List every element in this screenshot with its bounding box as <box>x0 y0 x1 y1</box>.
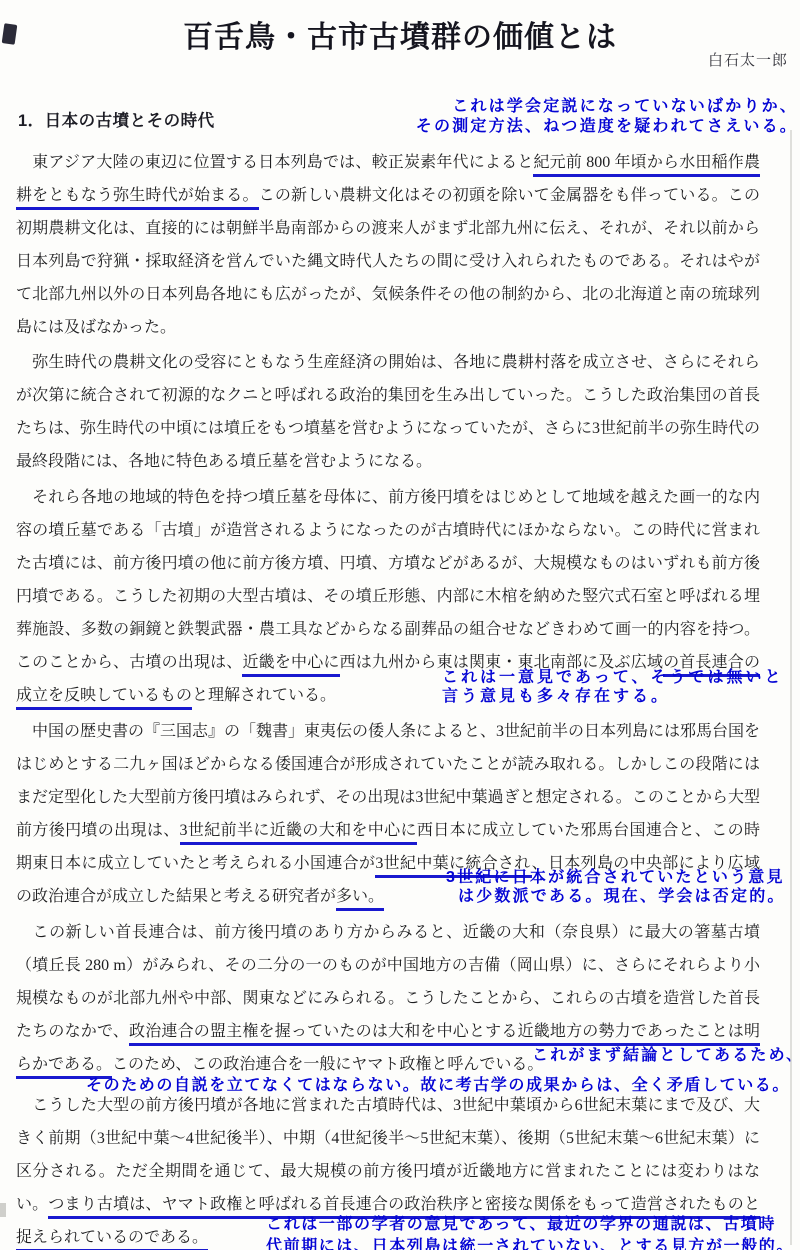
underlined-phrase: 多い。 <box>336 888 384 911</box>
author-name: 白石太一郎 <box>708 49 788 70</box>
annotation-minority-view-critique: 3世紀に日本が統合されていたという意見 は少数派である。現在、学会は否定的。 <box>446 868 786 906</box>
annotation-line: 代前期には、日本列島は統一されていない、とする見方が一般的。 <box>266 1236 794 1250</box>
annotation-line: これは一意見であって、そうでは無いと <box>442 668 784 687</box>
document-title: 百舌鳥・古市古墳群の価値とは <box>0 12 800 56</box>
body-text: と理解されている。 <box>192 687 336 704</box>
annotation-conclusion-first-critique-line2: そのための自説を立てなくてはならない。故に考古学の成果からは、全く矛盾している。 <box>86 1076 790 1095</box>
scanned-document-page: 百舌鳥・古市古墳群の価値とは 白石太一郎 これは学会定説になっていないばかりか、… <box>0 0 800 1250</box>
body-text: 弥生時代の農耕文化の受容にともなう生産経済の開始は、各地に農耕村落を成立させ、さ… <box>16 354 760 470</box>
scan-artifact-top-left <box>2 23 18 45</box>
section-heading: 1．日本の古墳とその時代 <box>18 107 215 131</box>
annotation-one-opinion-critique: これは一意見であって、そうでは無いと 言う意見も多々存在する。 <box>442 668 784 706</box>
annotation-line: 3世紀に日本が統合されていたという意見 <box>446 868 786 887</box>
annotation-line: は少数派である。現在、学会は否定的。 <box>458 887 786 906</box>
annotation-line: これは学会定説になっていないばかりか、 <box>416 97 798 117</box>
scan-artifact-bottom-left <box>0 1203 6 1217</box>
annotation-line: これは一部の学者の意見であって、最近の学界の通説は、古墳時 <box>266 1214 794 1236</box>
body-text: それら各地の地域的特色を持つ墳丘墓を母体に、前方後円墳をはじめとして地域を越えた… <box>16 489 760 671</box>
body-text: このため、この政治連合を一般にヤマト政権と呼んでいる。 <box>112 1056 543 1073</box>
annotation-line: その測定方法、ねつ造度を疑われてさえいる。 <box>416 117 798 137</box>
underlined-phrase: 3世紀前半に近畿の大和を中心に <box>180 822 417 845</box>
scan-artifact-right-edge <box>790 130 792 1245</box>
underlined-phrase: 近畿を中心に <box>242 654 339 677</box>
annotation-conclusion-first-critique-line1: これがまず結論としてあるため、 <box>532 1046 800 1065</box>
annotation-line: 言う意見も多々存在する。 <box>442 687 784 706</box>
body-text: 東アジア大陸の東辺に位置する日本列島では、較正炭素年代によると <box>16 154 533 171</box>
paragraph-kuni-formation: 弥生時代の農耕文化の受容にともなう生産経済の開始は、各地に農耕村落を成立させ、さ… <box>16 346 760 478</box>
annotation-carbon-dating-critique: これは学会定説になっていないばかりか、 その測定方法、ねつ造度を疑われてさえいる… <box>416 97 798 137</box>
paragraph-yayoi-start: 東アジア大陸の東辺に位置する日本列島では、較正炭素年代によると紀元前 800 年… <box>16 146 760 344</box>
annotation-not-unified-critique: これは一部の学者の意見であって、最近の学界の通説は、古墳時 代前期には、日本列島… <box>266 1214 794 1250</box>
